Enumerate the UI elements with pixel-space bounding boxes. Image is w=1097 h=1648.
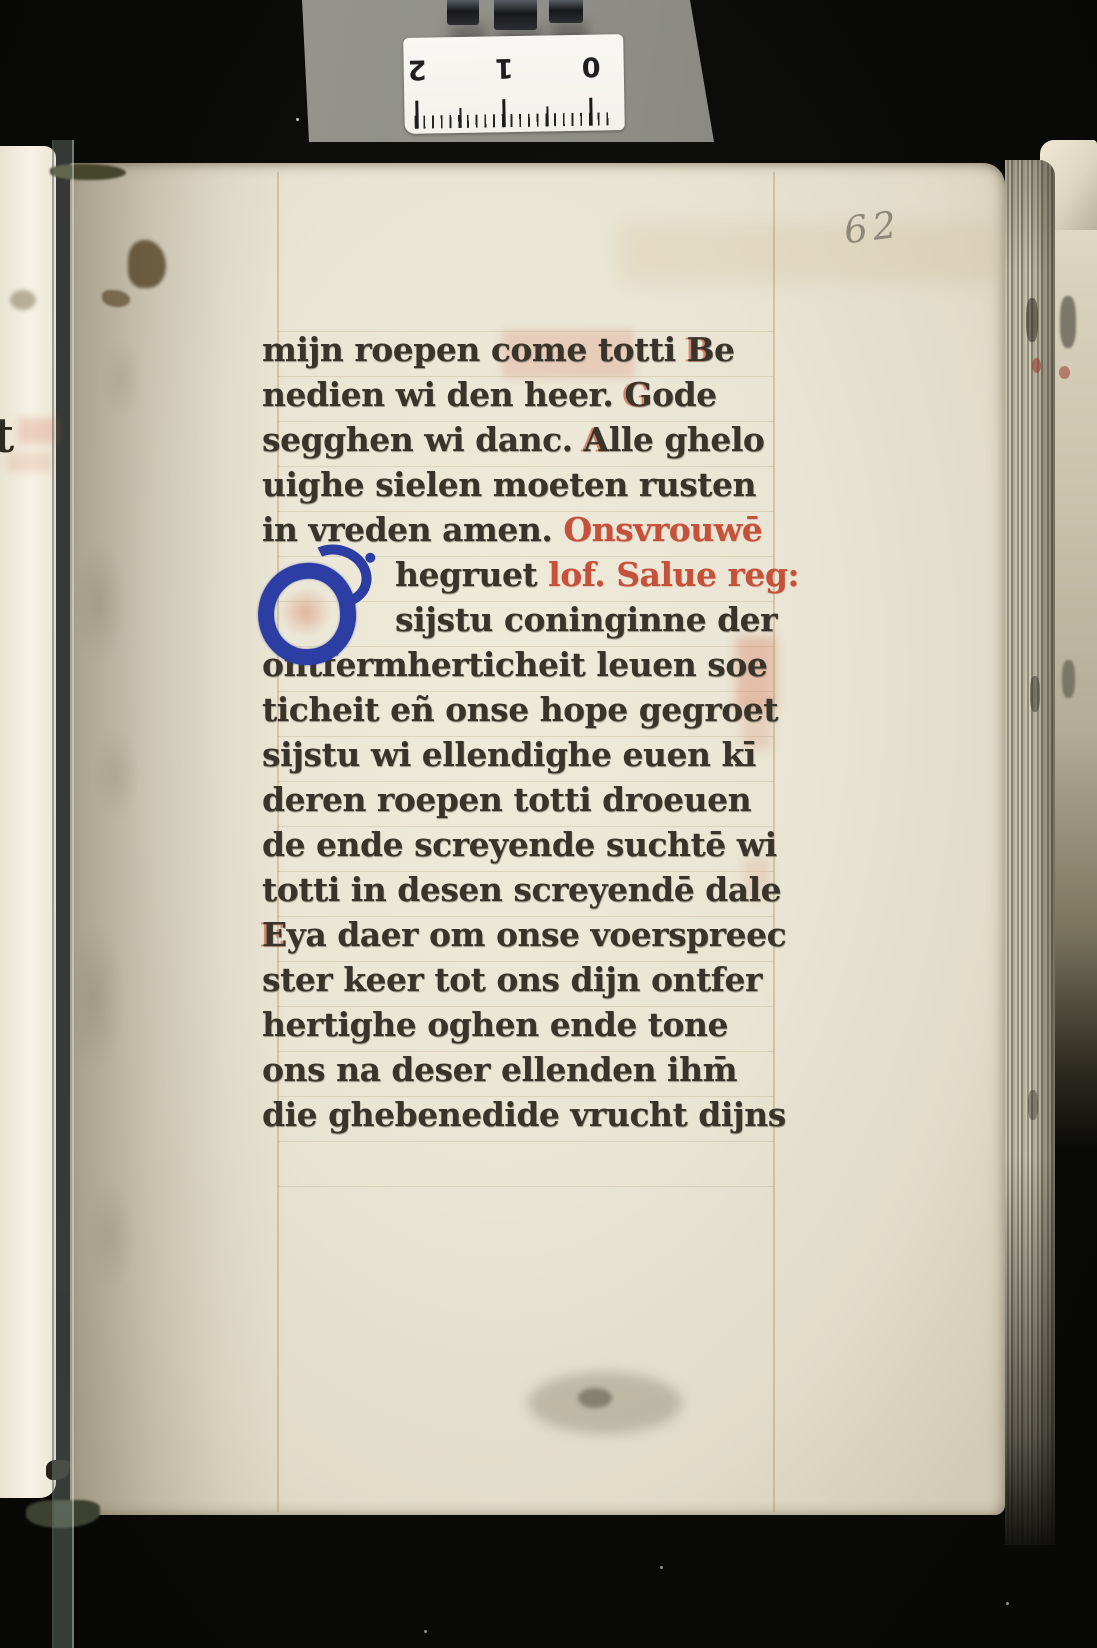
dust-speck: [660, 1566, 663, 1569]
text-line: hertighe oghen ende tone: [262, 1002, 782, 1047]
body-text: ons na deser ellenden ihm̄: [262, 1050, 737, 1089]
body-text: die ghebenedide vrucht dijns: [262, 1095, 786, 1134]
text-line: die ghebenedide vrucht dijns: [262, 1092, 782, 1137]
text-line: totti in desen screyendē dale: [262, 867, 782, 912]
ruler-cm-tick: [589, 98, 592, 126]
body-text: sijstu coninginne der: [395, 600, 777, 639]
body-text: A: [584, 420, 609, 459]
text-line: mijn roepen come totti Be: [262, 327, 782, 372]
body-text: mijn roepen come totti: [262, 330, 687, 369]
margin-staining: [72, 180, 182, 1500]
body-text: deren roepen totti droeuen: [262, 780, 751, 819]
fore-edge-page-stack: [1005, 160, 1055, 1545]
body-text: lle ghelo: [609, 420, 765, 459]
body-text: in vreden amen.: [262, 510, 563, 549]
edge-mark: [1028, 1090, 1038, 1120]
red-bleed-mark: [8, 452, 52, 472]
binding-edge: [1053, 148, 1097, 1148]
text-line: deren roepen totti droeuen: [262, 777, 782, 822]
ruler-tick-scale: [414, 95, 612, 128]
text-line: ons na deser ellenden ihm̄: [262, 1047, 782, 1092]
edge-mark: [1032, 358, 1041, 373]
dust-speck: [424, 1630, 427, 1633]
text-line: ticheit eñ onse hope gegroet: [262, 687, 782, 732]
body-text: hertighe oghen ende tone: [262, 1005, 728, 1044]
ruler-cm-tick: [415, 101, 418, 129]
stain: [10, 290, 36, 310]
body-text: e: [714, 330, 735, 369]
body-text: E: [262, 915, 287, 954]
clip-metal-tab: [494, 0, 537, 30]
body-text: segghen wi danc.: [262, 420, 584, 459]
edge-mark: [1059, 366, 1070, 379]
stain: [578, 1388, 612, 1408]
stain: [102, 290, 130, 307]
stain: [620, 222, 1000, 284]
ruler-half-tick: [546, 106, 548, 126]
body-text: G: [624, 375, 652, 414]
manuscript-photo: t 62 mijn roepen come totti Benedien wi …: [0, 0, 1097, 1648]
glass-strip: [52, 140, 74, 1648]
text-line: sijstu wi ellendighe euen kī: [262, 732, 782, 777]
body-text: sijstu wi ellendighe euen kī: [262, 735, 756, 774]
edge-mark: [1026, 298, 1038, 342]
ruler-mm-ticks: [415, 112, 613, 128]
stain: [128, 240, 166, 288]
edge-mark: [1060, 296, 1076, 348]
ruler-label: 0: [581, 50, 600, 81]
ruler-half-tick: [459, 108, 461, 128]
body-text: ster keer tot ons dijn ontfer: [262, 960, 762, 999]
clip-metal-tab: [549, 0, 583, 23]
clip-metal-tab: [447, 0, 479, 25]
body-text: hegruet: [395, 555, 548, 594]
text-line: segghen wi danc. Alle ghelo: [262, 417, 782, 462]
edge-mark: [1062, 660, 1075, 698]
dust-speck: [1006, 1602, 1009, 1605]
body-text: ticheit eñ onse hope gegroet: [262, 690, 778, 729]
body-text: ya daer om onse voerspreec: [287, 915, 787, 954]
body-text: totti in desen screyendē dale: [262, 870, 781, 909]
body-text: de ende screyende suchtē wi: [262, 825, 777, 864]
text-line: uighe sielen moeten rusten: [262, 462, 782, 507]
edge-mark: [1030, 676, 1040, 712]
rubric-text: lof. Salue reg:: [548, 555, 799, 594]
dust-speck: [296, 118, 299, 121]
ruler-scale: 2 1 0: [403, 34, 625, 134]
text-line: nedien wi den heer. Gode: [262, 372, 782, 417]
body-text: uighe sielen moeten rusten: [262, 465, 756, 504]
text-line: ster keer tot ons dijn ontfer: [262, 957, 782, 1002]
folio-number: 62: [842, 203, 904, 253]
facing-page-edge: [0, 146, 56, 1498]
illuminated-initial-g: [256, 549, 376, 665]
text-line: de ende screyende suchtē wi: [262, 822, 782, 867]
body-text: nedien wi den heer.: [262, 375, 624, 414]
text-block: mijn roepen come totti Benedien wi den h…: [262, 327, 782, 1137]
text-line: Eya daer om onse voerspreec: [262, 912, 782, 957]
body-text: B: [687, 330, 714, 369]
rubric-text: Onsvrouwē: [563, 510, 762, 549]
ruler-cm-tick: [502, 99, 505, 127]
ruler-label: 2: [407, 54, 426, 85]
ruler-label: 1: [494, 52, 513, 83]
body-text: ode: [652, 375, 717, 414]
